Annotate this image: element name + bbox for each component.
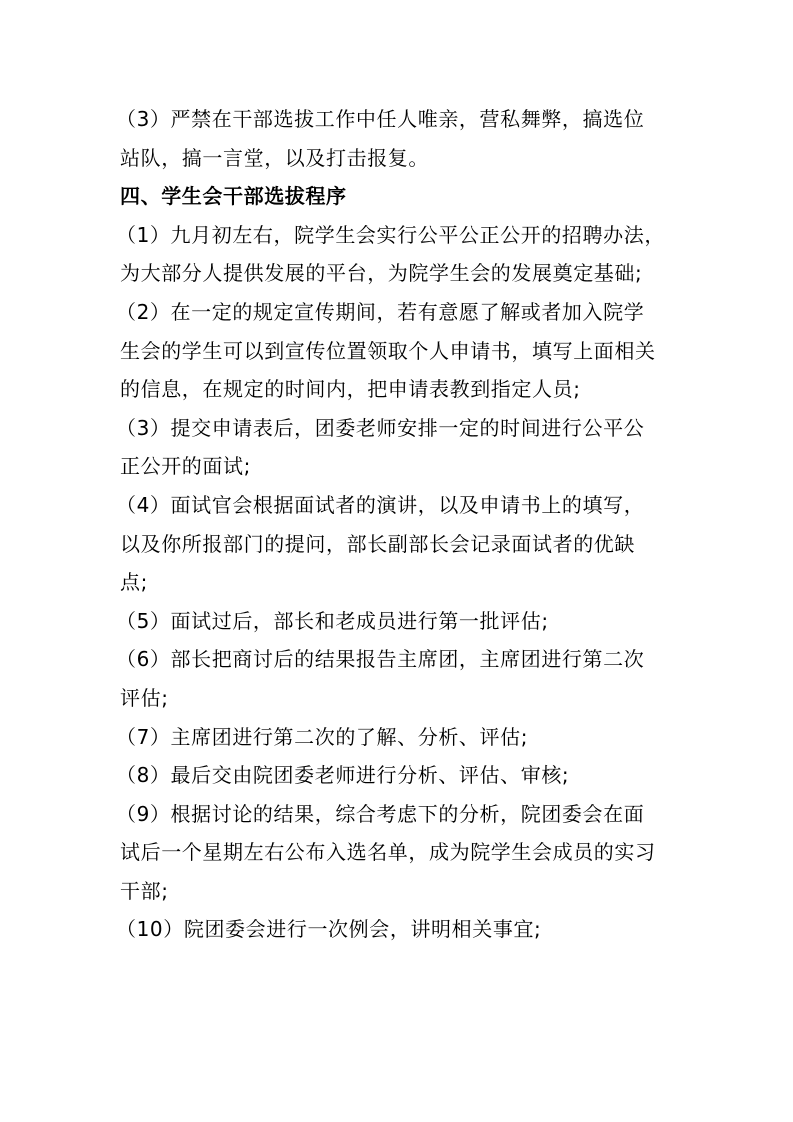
paragraph-line: 正公开的面试; — [120, 447, 676, 486]
paragraph-line: （9）根据讨论的结果，综合考虑下的分析，院团委会在面 — [116, 795, 676, 834]
paragraph-line: 以及你所报部门的提问，部长副部长会记录面试者的优缺 — [120, 525, 676, 564]
paragraph-line: 站队，搞一言堂，以及打击报复。 — [120, 139, 676, 178]
paragraph-line: （6）部长把商讨后的结果报告主席团，主席团进行第二次 — [116, 640, 676, 679]
paragraph-line: （7）主席团进行第二次的了解、分析、评估; — [116, 718, 676, 757]
paragraph-line: 点; — [120, 563, 676, 602]
paragraph-line: （3）提交申请表后，团委老师安排一定的时间进行公平公 — [116, 409, 676, 448]
paragraph-line: 干部; — [120, 872, 676, 911]
section-heading: 四、学生会干部选拔程序 — [120, 177, 676, 216]
paragraph-line: （1）九月初左右，院学生会实行公平公正公开的招聘办法， — [116, 216, 676, 255]
paragraph-line: （8）最后交由院团委老师进行分析、评估、审核; — [116, 756, 676, 795]
paragraph-line: （3）严禁在干部选拔工作中任人唯亲，营私舞弊，搞选位 — [116, 100, 676, 139]
paragraph-line: （5）面试过后，部长和老成员进行第一批评估; — [116, 602, 676, 641]
paragraph-line: 为大部分人提供发展的平台，为院学生会的发展奠定基础; — [120, 254, 676, 293]
paragraph-line: 生会的学生可以到宣传位置领取个人申请书，填写上面相关 — [120, 332, 676, 371]
paragraph-line: （2）在一定的规定宣传期间，若有意愿了解或者加入院学 — [116, 293, 676, 332]
paragraph-line: 的信息，在规定的时间内，把申请表教到指定人员; — [120, 370, 676, 409]
paragraph-line: （10）院团委会进行一次例会，讲明相关事宜; — [116, 910, 676, 949]
paragraph-line: 评估; — [120, 679, 676, 718]
paragraph-line: （4）面试官会根据面试者的演讲，以及申请书上的填写， — [116, 486, 676, 525]
document-page: （3）严禁在干部选拔工作中任人唯亲，营私舞弊，搞选位 站队，搞一言堂，以及打击报… — [120, 100, 676, 949]
paragraph-line: 试后一个星期左右公布入选名单，成为院学生会成员的实习 — [120, 833, 676, 872]
